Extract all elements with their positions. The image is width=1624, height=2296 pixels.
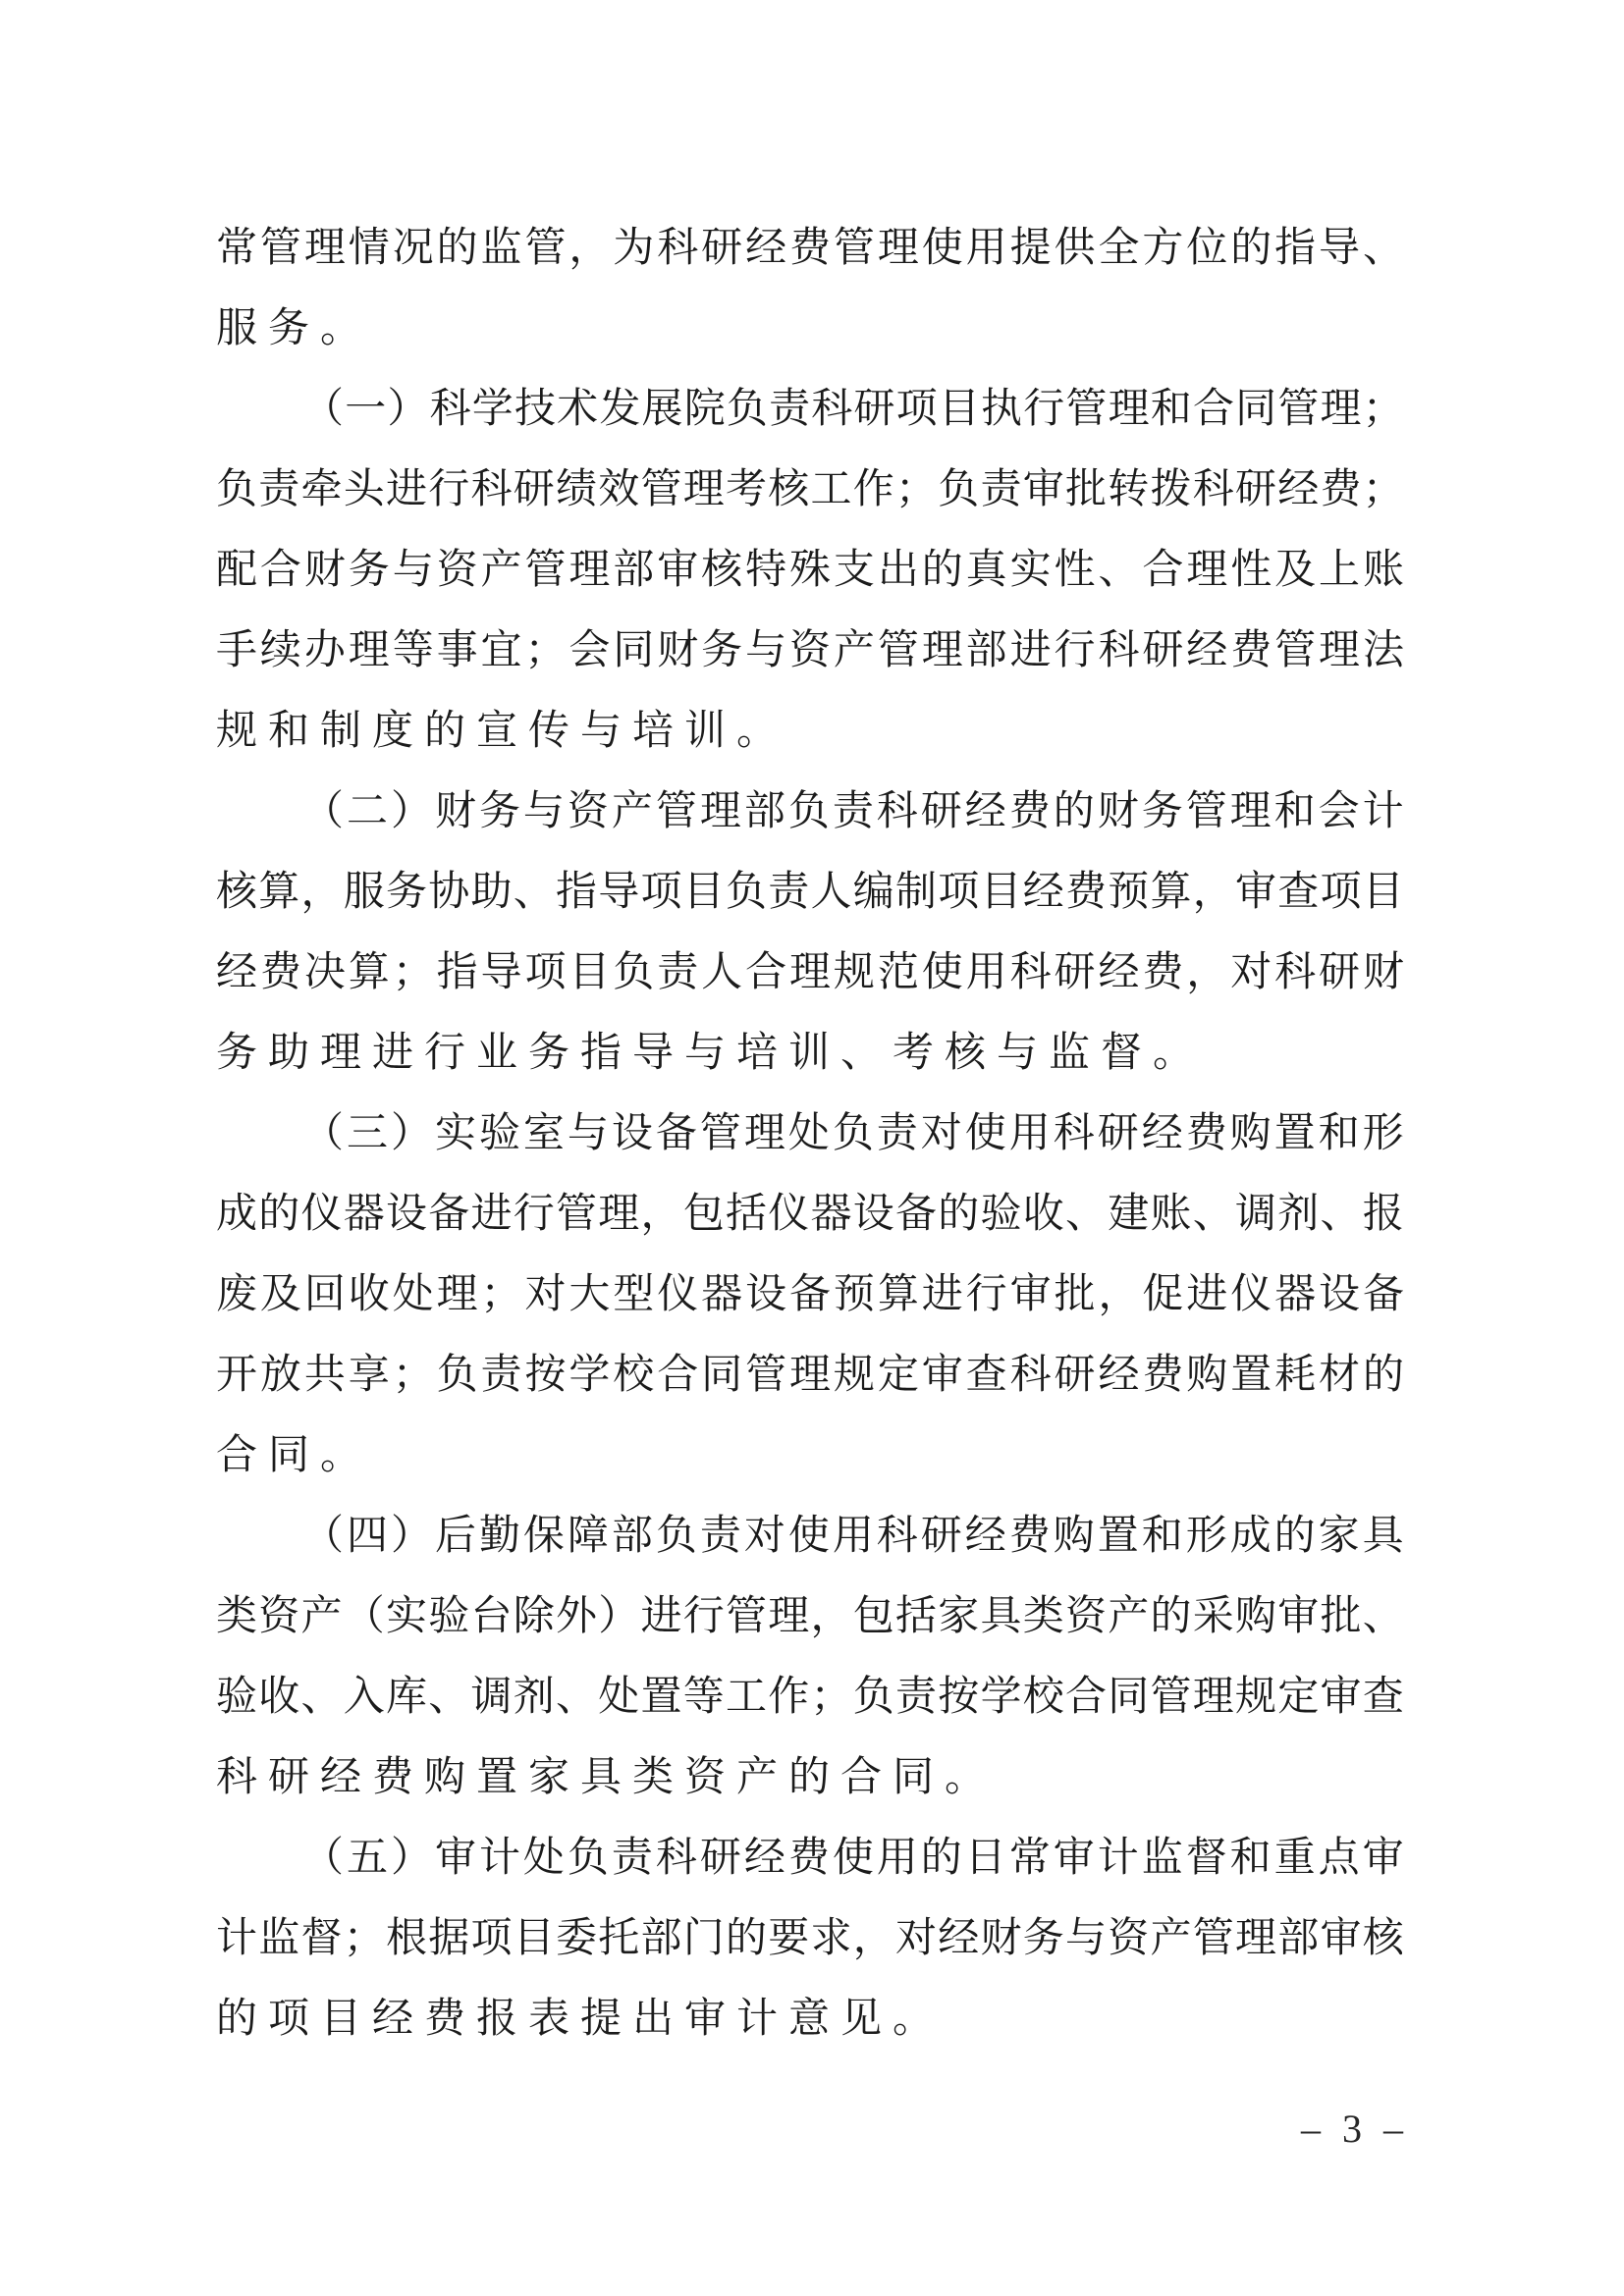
text-line: 计监督；根据项目委托部门的要求，对经财务与资产管理部审核 (216, 1898, 1404, 1979)
text-line: 核算，服务协助、指导项目负责人编制项目经费预算，审查项目 (216, 852, 1404, 933)
text-line: 的项目经费报表提出审计意见。 (216, 1979, 1404, 2059)
text-line: 服务。 (216, 289, 1404, 369)
text-line: 开放共享；负责按学校合同管理规定审查科研经费购置耗材的 (216, 1335, 1404, 1415)
page-number: – 3 – (1301, 2107, 1409, 2152)
text-line: （一）科学技术发展院负责科研项目执行管理和合同管理； (216, 369, 1404, 450)
text-line: 废及回收处理；对大型仪器设备预算进行审批，促进仪器设备 (216, 1255, 1404, 1335)
text-line: （五）审计处负责科研经费使用的日常审计监督和重点审 (216, 1818, 1404, 1898)
text-line: 类资产（实验台除外）进行管理，包括家具类资产的采购审批、 (216, 1576, 1404, 1657)
text-line: 验收、入库、调剂、处置等工作；负责按学校合同管理规定审查 (216, 1657, 1404, 1737)
text-line: 成的仪器设备进行管理，包括仪器设备的验收、建账、调剂、报 (216, 1174, 1404, 1255)
text-line: 规和制度的宣传与培训。 (216, 691, 1404, 772)
document-page: 常管理情况的监管，为科研经费管理使用提供全方位的指导、服务。（一）科学技术发展院… (0, 0, 1624, 2296)
text-line: 配合财务与资产管理部审核特殊支出的真实性、合理性及上账 (216, 530, 1404, 611)
text-line: 经费决算；指导项目负责人合理规范使用科研经费，对科研财 (216, 933, 1404, 1013)
text-line: （四）后勤保障部负责对使用科研经费购置和形成的家具 (216, 1496, 1404, 1576)
text-line: 负责牵头进行科研绩效管理考核工作；负责审批转拨科研经费； (216, 450, 1404, 530)
text-line: 手续办理等事宜；会同财务与资产管理部进行科研经费管理法 (216, 611, 1404, 691)
text-line: 科研经费购置家具类资产的合同。 (216, 1737, 1404, 1818)
document-body: 常管理情况的监管，为科研经费管理使用提供全方位的指导、服务。（一）科学技术发展院… (216, 208, 1404, 2059)
text-line: 合同。 (216, 1415, 1404, 1496)
text-line: 常管理情况的监管，为科研经费管理使用提供全方位的指导、 (216, 208, 1404, 289)
text-line: （二）财务与资产管理部负责科研经费的财务管理和会计 (216, 772, 1404, 852)
text-line: 务助理进行业务指导与培训、考核与监督。 (216, 1013, 1404, 1094)
text-line: （三）实验室与设备管理处负责对使用科研经费购置和形 (216, 1094, 1404, 1174)
